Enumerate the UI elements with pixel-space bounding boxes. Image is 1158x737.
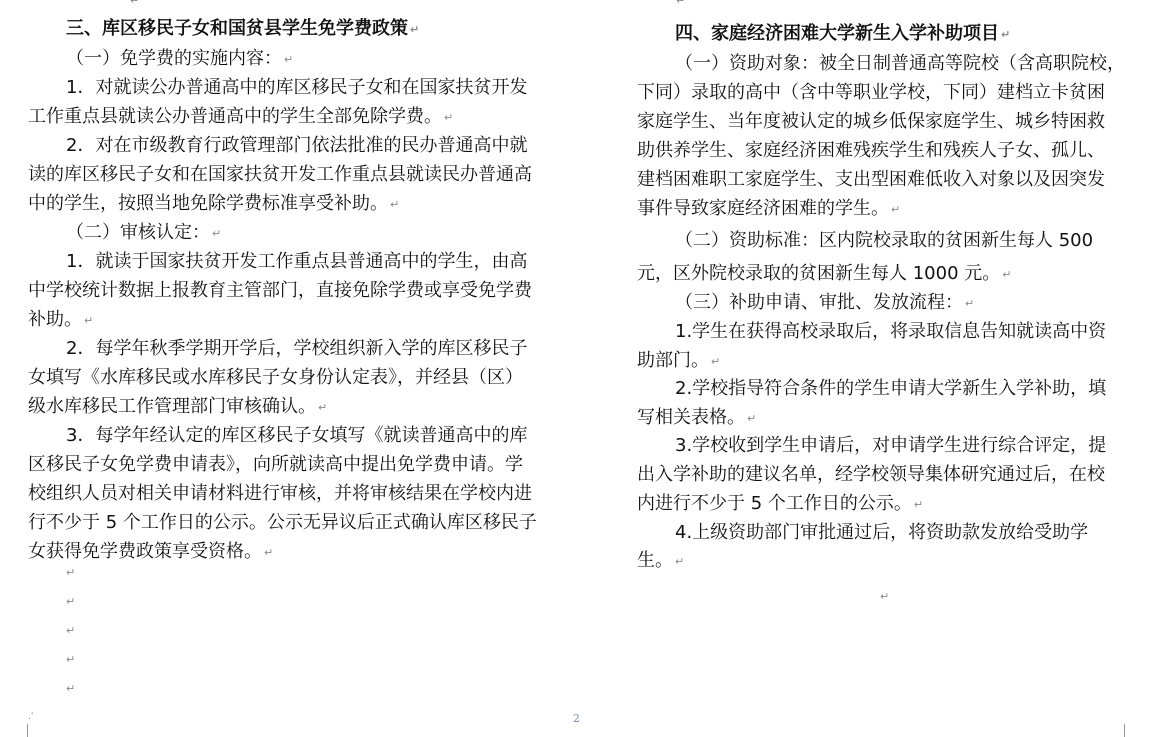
line-text: （二）审核认定：	[66, 222, 210, 243]
paragraph-mark-empty: ↵	[66, 595, 75, 608]
body-line: 2．对在市级教育行政管理部门依法批准的民办普通高中就	[28, 131, 568, 160]
paragraph-mark: ↵	[711, 355, 720, 368]
paragraph-mark: ↵	[965, 297, 974, 310]
line-text: 4.上级资助部门审批通过后，将资助款发放给受助学	[675, 522, 1088, 543]
body-line: 工作重点县就读公办普通高中的学生全部免除学费。↵	[28, 102, 568, 132]
paragraph-mark: ↵	[212, 227, 221, 240]
paragraph-mark-empty: ↵	[880, 590, 889, 603]
line-text: 3.学校收到学生申请后，对申请学生进行综合评定，提	[675, 435, 1106, 456]
paragraph-mark: ↵	[84, 314, 93, 327]
paragraph-mark: ↵	[1001, 28, 1010, 41]
body-line: 区移民子女免学费申请表》，向所就读高中提出免学费申请。学	[28, 450, 568, 479]
line-text: 建档困难职工家庭学生、支出型困难低收入对象以及因突发	[637, 169, 1105, 190]
margin-corner-mark: .ˈ	[28, 712, 33, 722]
body-line: 中学校统计数据上报教育主管部门，直接免除学费或享受免学费	[28, 276, 568, 305]
line-text: 2.学校指导符合条件的学生申请大学新生入学补助，填	[675, 378, 1106, 399]
paragraph-mark: ↵	[1002, 268, 1011, 281]
body-line: 助部门。↵	[637, 346, 1132, 376]
body-line: 助供养学生、家庭经济困难残疾学生和残疾人子女、孤儿、	[637, 136, 1132, 165]
left-margin-line	[27, 724, 28, 737]
body-line: 女获得免学费政策享受资格。↵	[28, 537, 568, 567]
line-text: 下同）录取的高中（含中等职业学校，下同）建档立卡贫困	[637, 82, 1105, 103]
line-text: 女获得免学费政策享受资格。	[28, 541, 262, 562]
body-line: 家庭学生、当年度被认定的城乡低保家庭学生、城乡特困救	[637, 107, 1132, 136]
body-line: 补助。↵	[28, 305, 568, 335]
body-line: 内进行不少于 5 个工作日的公示。↵	[637, 489, 1132, 519]
body-line: 1.学生在获得高校录取后，将录取信息告知就读高中资	[637, 317, 1132, 346]
line-text: 区移民子女免学费申请表》，向所就读高中提出免学费申请。学	[28, 454, 523, 475]
paragraph-mark: ↵	[410, 23, 419, 36]
body-line: 读的库区移民子女和在国家扶贫开发工作重点县就读民办普通高	[28, 160, 568, 189]
paragraph-mark: ↵	[264, 546, 273, 559]
line-text: 家庭学生、当年度被认定的城乡低保家庭学生、城乡特困救	[637, 111, 1105, 132]
line-text: （一）免学费的实施内容：	[66, 48, 282, 69]
paragraph-mark-empty: ↵	[66, 682, 75, 695]
body-line: 写相关表格。↵	[637, 403, 1132, 433]
line-text: 中的学生，按照当地免除学费标准享受补助。	[28, 193, 388, 214]
body-line: 校组织人员对相关申请材料进行审核，并将审核结果在学校内进	[28, 479, 568, 508]
paragraph-mark: ↵	[914, 498, 923, 511]
body-line: 2．每学年秋季学期开学后，学校组织新入学的库区移民子	[28, 334, 568, 363]
line-text: 助供养学生、家庭经济困难残疾学生和残疾人子女、孤儿、	[637, 140, 1105, 161]
body-line: 女填写《水库移民或水库移民子女身份认定表》，并经县（区）	[28, 363, 568, 392]
line-text: 内进行不少于 5 个工作日的公示。	[637, 493, 912, 514]
paragraph-mark: ↵	[284, 53, 293, 66]
paragraph-mark: ↵	[747, 412, 756, 425]
line-text: 校组织人员对相关申请材料进行审核，并将审核结果在学校内进	[28, 483, 532, 504]
line-text: 补助。	[28, 309, 82, 330]
line-text: 事件导致家庭经济困难的学生。	[637, 198, 889, 219]
body-line: 3.学校收到学生申请后，对申请学生进行综合评定，提	[637, 431, 1132, 460]
paragraph-mark-empty: ↵	[66, 566, 75, 579]
line-text: （二）资助标准：区内院校录取的贫困新生每人 500	[675, 230, 1093, 251]
line-text: 出入学补助的建议名单，经学校领导集体研究通过后，在校	[637, 464, 1105, 485]
body-line: 建档困难职工家庭学生、支出型困难低收入对象以及因突发	[637, 165, 1132, 194]
line-text: 2．每学年秋季学期开学后，学校组织新入学的库区移民子	[66, 338, 527, 359]
line-text: （三）补助申请、审批、发放流程：	[675, 292, 963, 313]
line-text: 中学校统计数据上报教育主管部门，直接免除学费或享受免学费	[28, 280, 532, 301]
paragraph-mark: ↵	[444, 111, 453, 124]
body-line: 级水库移民工作管理部门审核确认。↵	[28, 392, 568, 422]
paragraph-mark: ↵	[318, 401, 327, 414]
body-line: 出入学补助的建议名单，经学校领导集体研究通过后，在校	[637, 460, 1132, 489]
line-text: （一）资助对象：被全日制普通高等院校（含高职院校，	[675, 53, 1125, 74]
line-text: 工作重点县就读公办普通高中的学生全部免除学费。	[28, 106, 442, 127]
heading-text: 四、家庭经济困难大学新生入学补助项目	[675, 23, 999, 44]
body-line: 4.上级资助部门审批通过后，将资助款发放给受助学	[637, 518, 1132, 547]
line-text: 1．就读于国家扶贫开发工作重点县普通高中的学生，由高	[66, 251, 527, 272]
body-line: 1．对就读公办普通高中的库区移民子女和在国家扶贫开发	[28, 73, 568, 102]
body-line: （二）审核认定：↵	[28, 218, 568, 248]
section-heading-3: 三、库区移民子女和国贫县学生免学费政策↵	[28, 14, 568, 44]
paragraph-mark: ↵	[891, 203, 900, 216]
paragraph-mark-empty: ↵	[66, 624, 75, 637]
section-heading-4: 四、家庭经济困难大学新生入学补助项目↵	[637, 19, 1132, 49]
heading-text: 三、库区移民子女和国贫县学生免学费政策	[66, 18, 408, 39]
paragraph-mark-empty: ↵	[66, 653, 75, 666]
line-text: 行不少于 5 个工作日的公示。公示无异议后正式确认库区移民子	[28, 512, 537, 533]
line-text: 级水库移民工作管理部门审核确认。	[28, 396, 316, 417]
body-line: 生。↵	[637, 546, 1132, 576]
paragraph-mark: ↵	[390, 198, 399, 211]
body-line: 3．每学年经认定的库区移民子女填写《就读普通高中的库	[28, 421, 568, 450]
right-margin-line	[1124, 724, 1125, 737]
line-text: 写相关表格。	[637, 407, 745, 428]
line-text: 生。	[637, 550, 673, 571]
line-text: 3．每学年经认定的库区移民子女填写《就读普通高中的库	[66, 425, 527, 446]
line-text: 助部门。	[637, 350, 709, 371]
page-number: 2	[573, 712, 580, 725]
line-text: 女填写《水库移民或水库移民子女身份认定表》，并经县（区）	[28, 367, 523, 388]
line-text: 1.学生在获得高校录取后，将录取信息告知就读高中资	[675, 321, 1106, 342]
paragraph-mark: ↵	[675, 555, 684, 568]
body-line: （一）免学费的实施内容：↵	[28, 44, 568, 74]
left-column: 三、库区移民子女和国贫县学生免学费政策↵ （一）免学费的实施内容：↵1．对就读公…	[28, 0, 568, 737]
body-line: 下同）录取的高中（含中等职业学校，下同）建档立卡贫困	[637, 78, 1132, 107]
body-line: （三）补助申请、审批、发放流程：↵	[637, 288, 1132, 318]
line-text: 元，区外院校录取的贫困新生每人 1000 元。	[637, 263, 1000, 284]
body-line: （二）资助标准：区内院校录取的贫困新生每人 500	[637, 226, 1132, 255]
body-line: 元，区外院校录取的贫困新生每人 1000 元。↵	[637, 259, 1132, 289]
line-text: 读的库区移民子女和在国家扶贫开发工作重点县就读民办普通高	[28, 164, 532, 185]
body-line: 行不少于 5 个工作日的公示。公示无异议后正式确认库区移民子	[28, 508, 568, 537]
body-line: 事件导致家庭经济困难的学生。↵	[637, 194, 1132, 224]
body-line: （一）资助对象：被全日制普通高等院校（含高职院校，	[637, 49, 1132, 78]
body-line: 2.学校指导符合条件的学生申请大学新生入学补助，填	[637, 374, 1132, 403]
body-line: 中的学生，按照当地免除学费标准享受补助。↵	[28, 189, 568, 219]
line-text: 1．对就读公办普通高中的库区移民子女和在国家扶贫开发	[66, 77, 527, 98]
line-text: 2．对在市级教育行政管理部门依法批准的民办普通高中就	[66, 135, 527, 156]
body-line: 1．就读于国家扶贫开发工作重点县普通高中的学生，由高	[28, 247, 568, 276]
right-column: 四、家庭经济困难大学新生入学补助项目↵ （一）资助对象：被全日制普通高等院校（含…	[637, 0, 1132, 737]
